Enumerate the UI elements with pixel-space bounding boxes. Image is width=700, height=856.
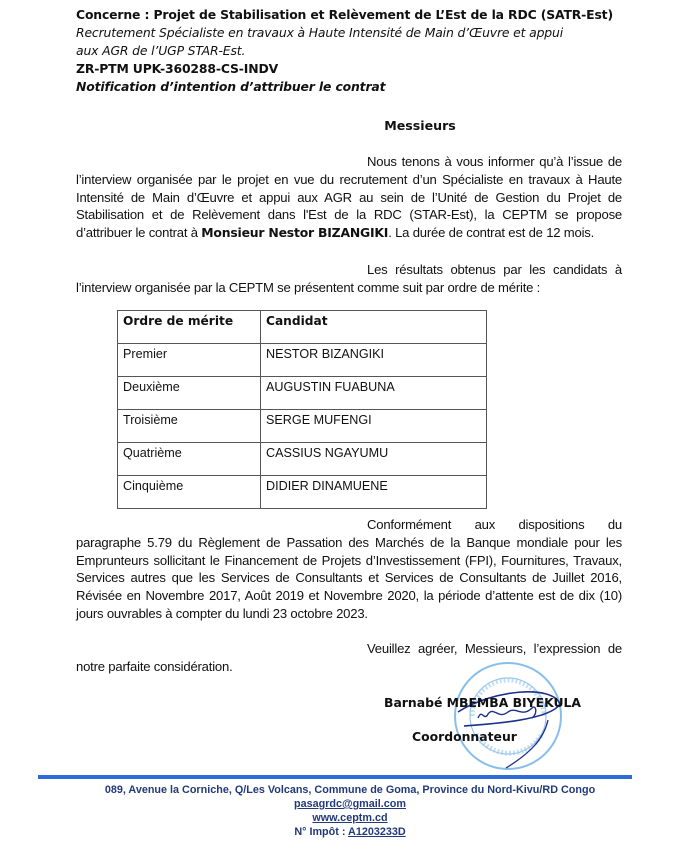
- footer-divider: [38, 775, 632, 779]
- salutation: Messieurs: [0, 118, 700, 133]
- subject-line-1: Recrutement Spécialiste en travaux à Hau…: [76, 24, 676, 42]
- official-stamp-icon: [452, 660, 564, 772]
- footer-email-link[interactable]: pasagrdc@gmail.com: [294, 798, 406, 810]
- footer-address: 089, Avenue la Corniche, Q/Les Volcans, …: [0, 783, 700, 797]
- rank-cell: Quatrième: [118, 443, 261, 476]
- candidate-cell: DIDIER DINAMUENE: [261, 476, 487, 509]
- column-header: Candidat: [261, 311, 487, 344]
- letter-page: Concerne : Projet de Stabilisation et Re…: [0, 0, 700, 856]
- concerne-line: Concerne : Projet de Stabilisation et Re…: [76, 6, 676, 24]
- candidate-cell: CASSIUS NGAYUMU: [261, 443, 487, 476]
- table-row: Deuxième AUGUSTIN FUABUNA: [118, 377, 487, 410]
- table-row: Cinquième DIDIER DINAMUENE: [118, 476, 487, 509]
- candidate-cell: SERGE MUFENGI: [261, 410, 487, 443]
- paragraph-results-intro: Les résultats obtenus par les candidats …: [76, 261, 622, 297]
- results-table: Ordre de mérite Candidat Premier NESTOR …: [117, 310, 487, 509]
- intro-text-end: . La durée de contrat est de 12 mois.: [388, 225, 594, 240]
- paragraph-regulation: Conformément aux dispositions du paragra…: [76, 516, 622, 623]
- table-row: Premier NESTOR BIZANGIKI: [118, 344, 487, 377]
- rank-cell: Deuxième: [118, 377, 261, 410]
- footer-tax-id: N° Impôt : A1203233D: [0, 825, 700, 839]
- paragraph-intro: Nous tenons à vous informer qu’à l’issue…: [76, 153, 622, 242]
- letter-footer: 089, Avenue la Corniche, Q/Les Volcans, …: [0, 783, 700, 839]
- rank-cell: Cinquième: [118, 476, 261, 509]
- awardee-name: Monsieur Nestor BIZANGIKI: [201, 225, 388, 240]
- subject-line-2: aux AGR de l’UGP STAR-Est.: [76, 42, 676, 60]
- signatory-title: Coordonnateur: [412, 729, 517, 744]
- signatory-name: Barnabé MBEMBA BIYEKULA: [384, 695, 581, 710]
- tax-number: A1203233D: [348, 826, 406, 838]
- candidate-cell: AUGUSTIN FUABUNA: [261, 377, 487, 410]
- table-row: Troisième SERGE MUFENGI: [118, 410, 487, 443]
- letter-header: Concerne : Projet de Stabilisation et Re…: [76, 6, 676, 96]
- candidate-cell: NESTOR BIZANGIKI: [261, 344, 487, 377]
- table-row: Quatrième CASSIUS NGAYUMU: [118, 443, 487, 476]
- table-header-row: Ordre de mérite Candidat: [118, 311, 487, 344]
- reference-number: ZR-PTM UPK-360288-CS-INDV: [76, 60, 676, 78]
- rank-cell: Troisième: [118, 410, 261, 443]
- notification-title: Notification d’intention d’attribuer le …: [76, 78, 676, 96]
- footer-website-link[interactable]: www.ceptm.cd: [312, 812, 387, 824]
- column-header: Ordre de mérite: [118, 311, 261, 344]
- rank-cell: Premier: [118, 344, 261, 377]
